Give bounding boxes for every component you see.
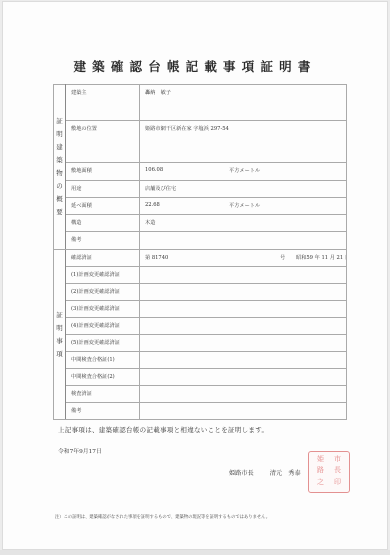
row-label: 延べ面積 [66, 198, 140, 215]
row-value [140, 335, 347, 352]
table-row-plan-change-1: (1)計画変更確認済証 [54, 267, 347, 284]
row-label: 敷地の位置 [66, 121, 140, 163]
issuer: 姫路市長 清元 秀泰 [229, 468, 315, 477]
issuer-name: 清元 秀泰 [270, 470, 301, 477]
document-title: 建築確認台帳記載事項証明書 [0, 57, 390, 75]
table-row-site-location: 敷地の位置 姫路市網干区新在家 字塩浜 297-54 [54, 121, 347, 163]
table-row-usage: 用途 店舗及び住宅 [54, 181, 347, 198]
row-value [140, 386, 347, 403]
row-label: 中間検査合格証(1) [66, 352, 140, 369]
unit-label: 平方メートル [229, 202, 260, 209]
table-row-site-area: 敷地面積 106.08平方メートル [54, 163, 347, 181]
table-row-plan-change-5: (5)計画変更確認済証 [54, 335, 347, 352]
official-seal-stamp: 姫 市 路 長 之 印 [308, 451, 350, 493]
table-row-confirmation: 証 明 事 項 確認済証 第 81740 号 昭和59 年 11 月 21 日 [54, 250, 347, 267]
row-value: 106.08平方メートル [140, 163, 347, 181]
certificate-table: 証 明 建 築 物 の 概 要 建築主 轟納 敏子 敷地の位置 姫路市網干区新在… [53, 84, 347, 420]
row-value [140, 232, 347, 250]
row-value [140, 267, 347, 284]
page-bottom-edge [0, 550, 390, 555]
row-label: 確認済証 [66, 250, 140, 267]
row-value [140, 301, 347, 318]
table-row-owner: 証 明 建 築 物 の 概 要 建築主 轟納 敏子 [54, 85, 347, 121]
row-value: 店舗及び住宅 [140, 181, 347, 198]
row-label: 備考 [66, 403, 140, 420]
row-value [140, 352, 347, 369]
row-label: 中間検査合格証(2) [66, 369, 140, 386]
row-value [140, 403, 347, 420]
row-label: (2)計画変更確認済証 [66, 284, 140, 301]
row-label: 備考 [66, 232, 140, 250]
row-value: 第 81740 号 昭和59 年 11 月 21 日 [140, 250, 347, 267]
certification-statement: 上記事項は、建築確認台帳の記載事項と相違ないことを証明します。 [58, 425, 268, 434]
table-row-interim-inspection-1: 中間検査合格証(1) [54, 352, 347, 369]
issuer-title: 姫路市長 [229, 470, 254, 477]
footnote: 注）この証明は、建築確認がなされた事項を証明するもので、建築物の現況等を証明する… [55, 514, 270, 520]
unit-label: 平方メートル [229, 167, 260, 174]
table-row-floor-area: 延べ面積 22.68平方メートル [54, 198, 347, 215]
table-row-interim-inspection-2: 中間検査合格証(2) [54, 369, 347, 386]
table-row-plan-change-4: (4)計画変更確認済証 [54, 318, 347, 335]
confirmation-date: 昭和59 年 11 月 21 日 [296, 254, 347, 261]
row-value [140, 318, 347, 335]
row-label: (5)計画変更確認済証 [66, 335, 140, 352]
issue-date: 令和7年9月17日 [58, 446, 102, 455]
section-heading-building: 証 明 建 築 物 の 概 要 [54, 85, 66, 250]
table-row-remarks-2: 備考 [54, 403, 347, 420]
row-label: 構造 [66, 215, 140, 232]
number-suffix: 号 [280, 254, 285, 261]
row-label: (3)計画変更確認済証 [66, 301, 140, 318]
row-value: 姫路市網干区新在家 字塩浜 297-54 [140, 121, 347, 163]
row-label: 建築主 [66, 85, 140, 121]
row-label: (1)計画変更確認済証 [66, 267, 140, 284]
row-value [140, 284, 347, 301]
table-row-inspection-certificate: 検査済証 [54, 386, 347, 403]
row-value [140, 369, 347, 386]
row-value: 轟納 敏子 [140, 85, 347, 121]
section-heading-certification: 証 明 事 項 [54, 250, 66, 420]
row-value: 木造 [140, 215, 347, 232]
table-row-plan-change-2: (2)計画変更確認済証 [54, 284, 347, 301]
row-value: 22.68平方メートル [140, 198, 347, 215]
table-row-plan-change-3: (3)計画変更確認済証 [54, 301, 347, 318]
row-label: 用途 [66, 181, 140, 198]
table-row-remarks: 備考 [54, 232, 347, 250]
row-label: 敷地面積 [66, 163, 140, 181]
row-label: (4)計画変更確認済証 [66, 318, 140, 335]
table-row-structure: 構造 木造 [54, 215, 347, 232]
row-label: 検査済証 [66, 386, 140, 403]
